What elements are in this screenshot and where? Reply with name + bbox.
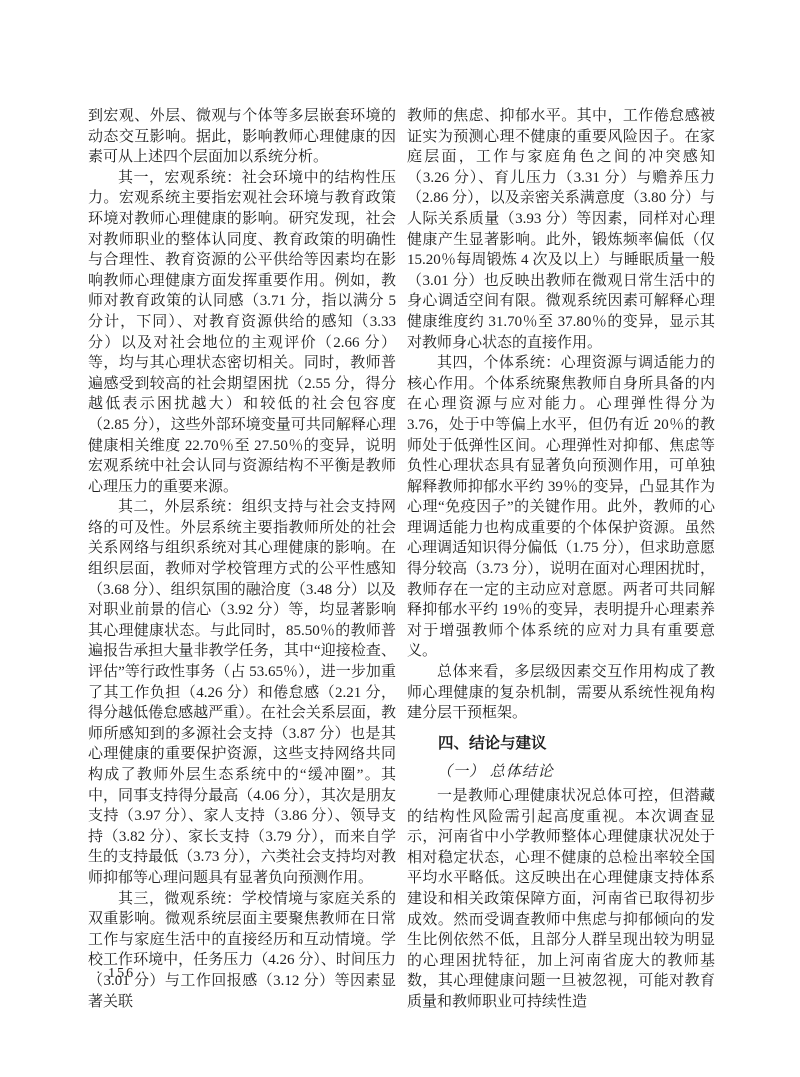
right-column: 教师的焦虑、抑郁水平。其中，工作倦怠感被证实为预测心理不健康的重要风险因子。在家…: [407, 106, 715, 1013]
paragraph: 总体来看，多层级因素交互作用构成了教师心理健康的复杂机制，需要从系统性视角构建分…: [407, 662, 715, 724]
paragraph: 其四，个体系统：心理资源与调适能力的核心作用。个体系统聚焦教师自身所具备的内在心…: [407, 353, 715, 662]
section-heading: 四、结论与建议: [407, 734, 715, 755]
paragraph: 到宏观、外层、微观与个体等多层嵌套环境的动态交互影响。据此，影响教师心理健康的因…: [88, 106, 396, 168]
left-column: 到宏观、外层、微观与个体等多层嵌套环境的动态交互影响。据此，影响教师心理健康的因…: [88, 106, 396, 1012]
paragraph: 其三，微观系统：学校情境与家庭关系的双重影响。微观系统层面主要聚焦教师在日常工作…: [88, 889, 396, 1013]
subsection-heading: （一） 总体结论: [407, 762, 715, 783]
page-number: · 156 ·: [96, 966, 147, 982]
paragraph: 一是教师心理健康状况总体可控，但潜藏的结构性风险需引起高度重视。本次调查显示，河…: [407, 786, 715, 1013]
paragraph: 其二，外层系统：组织支持与社会支持网络的可及性。外层系统主要指教师所处的社会关系…: [88, 497, 396, 888]
paragraph: 教师的焦虑、抑郁水平。其中，工作倦怠感被证实为预测心理不健康的重要风险因子。在家…: [407, 106, 715, 353]
paragraph: 其一，宏观系统：社会环境中的结构性压力。宏观系统主要指宏观社会环境与教育政策环境…: [88, 168, 396, 498]
paper-page: 到宏观、外层、微观与个体等多层嵌套环境的动态交互影响。据此，影响教师心理健康的因…: [0, 0, 800, 1077]
